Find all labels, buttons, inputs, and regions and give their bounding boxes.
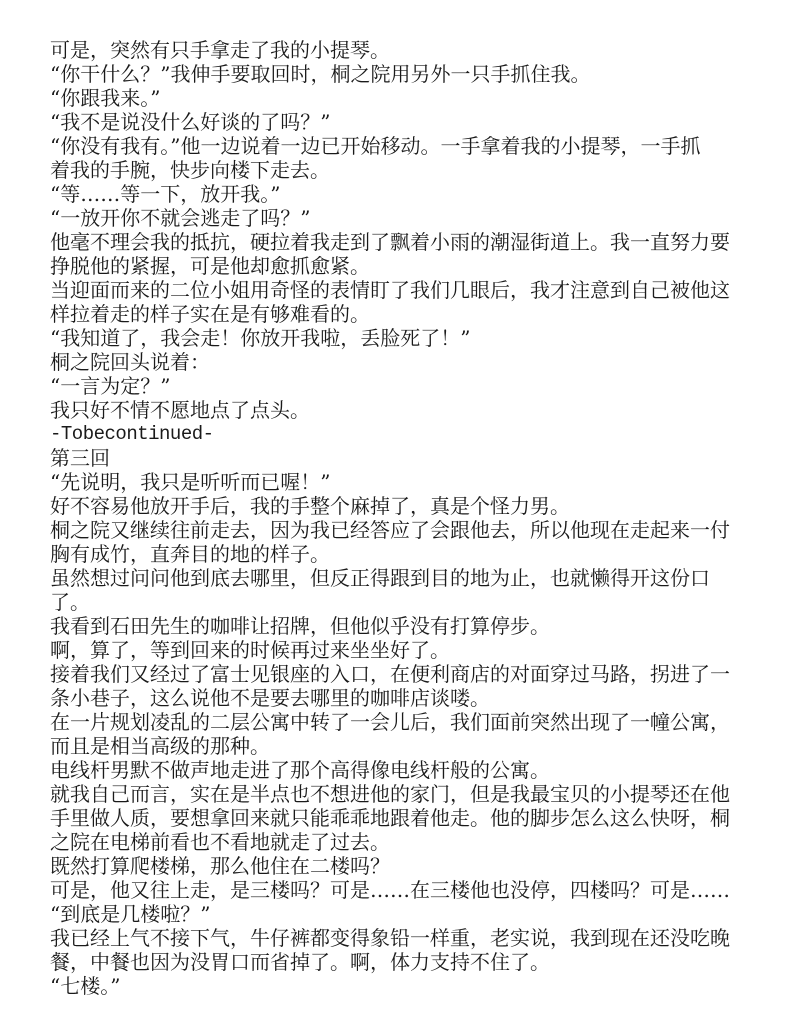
text-line: 桐之院回头说着： [50, 350, 750, 374]
text-line: 接着我们又经过了富士见银座的入口，在便利商店的对面穿过马路，拐进了一 [50, 662, 750, 686]
text-line: 虽然想过问问他到底去哪里，但反正得跟到目的地为止，也就懒得开这份口 [50, 566, 750, 590]
chapter-heading: 第三回 [50, 446, 750, 470]
text-line: 当迎面而来的二位小姐用奇怪的表情盯了我们几眼后，我才注意到自己被他这 [50, 278, 750, 302]
text-line: 电线杆男默不做声地走进了那个高得像电线杆般的公寓。 [50, 758, 750, 782]
text-line: 既然打算爬楼梯，那么他住在二楼吗？ [50, 854, 750, 878]
text-line: 之院在电梯前看也不看地就走了过去。 [50, 830, 750, 854]
text-line: 手里做人质，要想拿回来就只能乖乖地跟着他走。他的脚步怎么这么快呀，桐 [50, 806, 750, 830]
text-line: “先说明，我只是听听而已喔！” [50, 470, 750, 494]
to-be-continued-marker: -Tobecontinued- [50, 422, 750, 446]
text-line: “你跟我来。” [50, 86, 750, 110]
text-line: 啊，算了，等到回来的时候再过来坐坐好了。 [50, 638, 750, 662]
text-line: “一放开你不就会逃走了吗？” [50, 206, 750, 230]
text-line: 而且是相当高级的那种。 [50, 734, 750, 758]
text-line: 挣脱他的紧握，可是他却愈抓愈紧。 [50, 254, 750, 278]
text-line: 就我自己而言，实在是半点也不想进他的家门，但是我最宝贝的小提琴还在他 [50, 782, 750, 806]
text-line: “七楼。” [50, 974, 750, 998]
text-line: 好不容易他放开手后，我的手整个麻掉了，真是个怪力男。 [50, 494, 750, 518]
text-line: 桐之院又继续往前走去，因为我已经答应了会跟他去，所以他现在走起来一付 [50, 518, 750, 542]
document-body: 可是，突然有只手拿走了我的小提琴。 “你干什么？”我伸手要取回时，桐之院用另外一… [50, 38, 750, 998]
text-line: 条小巷子，这么说他不是要去哪里的咖啡店谈喽。 [50, 686, 750, 710]
text-line: 了。 [50, 590, 750, 614]
text-line: 样拉着走的样子实在是有够难看的。 [50, 302, 750, 326]
text-line: 我只好不情不愿地点了点头。 [50, 398, 750, 422]
text-line: “我不是说没什么好谈的了吗？” [50, 110, 750, 134]
text-line: 可是，突然有只手拿走了我的小提琴。 [50, 38, 750, 62]
text-line: 我看到石田先生的咖啡让招牌，但他似乎没有打算停步。 [50, 614, 750, 638]
text-line: 他毫不理会我的抵抗，硬拉着我走到了飘着小雨的潮湿街道上。我一直努力要 [50, 230, 750, 254]
text-line: 着我的手腕，快步向楼下走去。 [50, 158, 750, 182]
text-line: “到底是几楼啦？” [50, 902, 750, 926]
text-line: “等……等一下，放开我。” [50, 182, 750, 206]
text-line: 我已经上气不接下气，牛仔裤都变得象铅一样重，老实说，我到现在还没吃晚 [50, 926, 750, 950]
text-line: 胸有成竹，直奔目的地的样子。 [50, 542, 750, 566]
text-line: “我知道了，我会走！你放开我啦，丢脸死了！” [50, 326, 750, 350]
text-line: “一言为定？” [50, 374, 750, 398]
text-line: 在一片规划凌乱的二层公寓中转了一会儿后，我们面前突然出现了一幢公寓， [50, 710, 750, 734]
text-line: 餐，中餐也因为没胃口而省掉了。啊，体力支持不住了。 [50, 950, 750, 974]
text-line: 可是，他又往上走，是三楼吗？可是……在三楼他也没停，四楼吗？可是…… [50, 878, 750, 902]
text-line: “你干什么？”我伸手要取回时，桐之院用另外一只手抓住我。 [50, 62, 750, 86]
text-line: “你没有我有。”他一边说着一边已开始移动。一手拿着我的小提琴，一手抓 [50, 134, 750, 158]
